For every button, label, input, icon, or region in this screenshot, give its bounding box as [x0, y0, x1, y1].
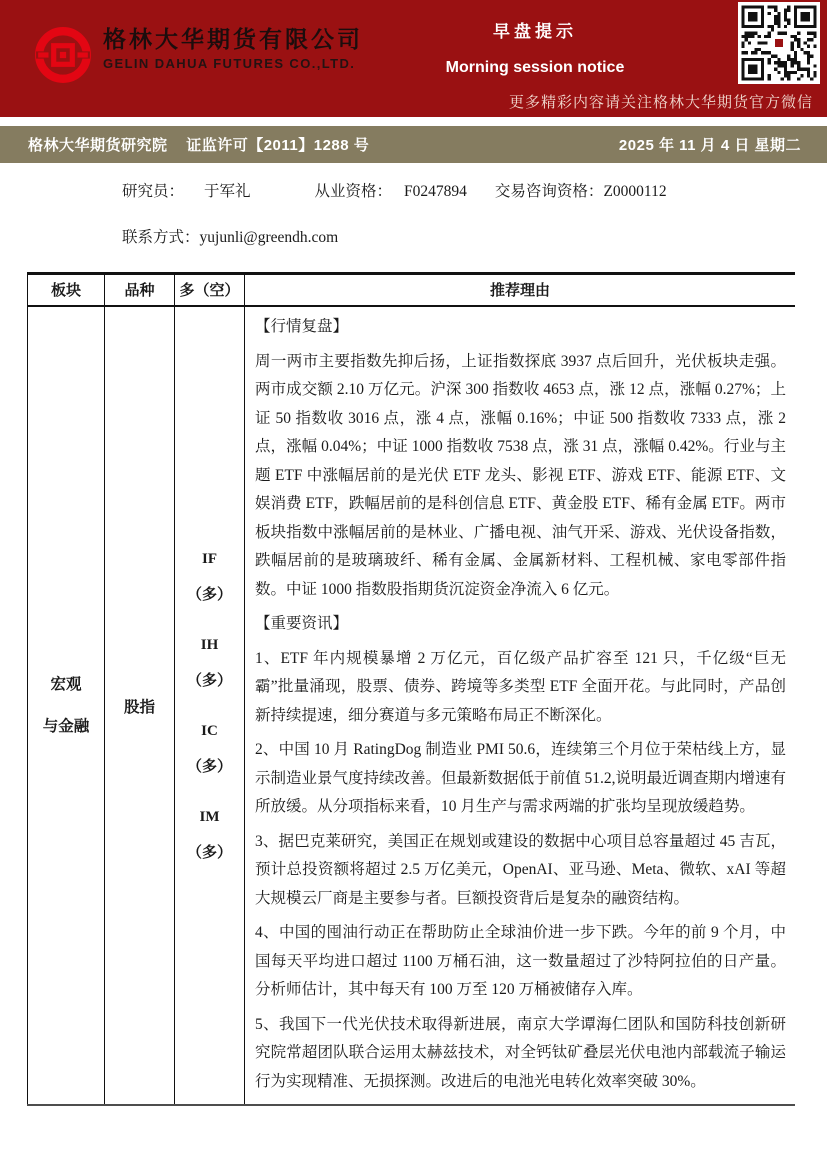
researcher-label: 研究员：	[122, 183, 184, 200]
table-row: 宏观 与金融 股指 IF （多） IH （多） IC （多）	[28, 306, 796, 1105]
report-title-cn: 早盘提示	[405, 20, 665, 44]
contact-label: 联系方式：	[122, 229, 200, 246]
recap-paragraph: 周一两市主要指数先抑后扬，上证指数探底 3937 点后回升，光伏板块走强。两市成…	[255, 348, 786, 605]
researcher-line-2: 联系方式：yujunli@greendh.com	[122, 228, 667, 248]
header-band: 格林大华期货有限公司 GELIN DAHUA FUTURES CO.,LTD. …	[0, 0, 827, 117]
advisory-number: Z0000112	[603, 183, 666, 200]
position-direction: （多）	[176, 749, 243, 785]
report-date: 2025 年 11 月 4 日 星期二	[619, 134, 801, 155]
position-direction: （多）	[176, 663, 243, 699]
col-header-variety: 品种	[105, 274, 175, 307]
sector-cell: 宏观 与金融	[28, 306, 105, 1105]
position-direction: （多）	[176, 835, 243, 871]
position-code: IF	[176, 541, 243, 577]
researcher-block: 研究员：于军礼从业资格：F0247894交易咨询资格：Z0000112 联系方式…	[122, 182, 667, 274]
company-name-cn: 格林大华期货有限公司	[103, 26, 363, 54]
reason-cell: 【行情复盘】 周一两市主要指数先抑后扬，上证指数探底 3937 点后回升，光伏板…	[245, 306, 796, 1105]
position-ih: IH （多）	[176, 627, 243, 699]
researcher-line-1: 研究员：于军礼从业资格：F0247894交易咨询资格：Z0000112	[122, 182, 667, 202]
col-header-sector: 板块	[28, 274, 105, 307]
info-bar: 格林大华期货研究院 证监许可【2011】1288 号 2025 年 11 月 4…	[0, 126, 827, 163]
sector-line-2: 与金融	[29, 706, 103, 748]
position-if: IF （多）	[176, 541, 243, 613]
cert-label: 从业资格：	[315, 183, 393, 200]
cert-number: F0247894	[404, 183, 467, 200]
col-header-reason: 推荐理由	[245, 274, 796, 307]
news-item-1: 1、ETF 年内规模暴增 2 万亿元，百亿级产品扩容至 121 只，千亿级“巨无…	[255, 645, 786, 731]
col-header-position: 多（空）	[175, 274, 245, 307]
table-header-row: 板块 品种 多（空） 推荐理由	[28, 274, 796, 307]
news-item-2: 2、中国 10 月 RatingDog 制造业 PMI 50.6，连续第三个月位…	[255, 736, 786, 822]
report-title-block: 早盘提示 Morning session notice	[405, 20, 665, 78]
position-code: IC	[176, 713, 243, 749]
researcher-name: 于军礼	[204, 183, 251, 200]
position-ic: IC （多）	[176, 713, 243, 785]
recommendation-table: 板块 品种 多（空） 推荐理由 宏观 与金融 股指 IF （多）	[27, 272, 795, 1106]
news-item-4: 4、中国的囤油行动正在帮助防止全球油价进一步下跌。今年的前 9 个月，中国每天平…	[255, 919, 786, 1005]
info-bar-left: 格林大华期货研究院 证监许可【2011】1288 号	[28, 134, 369, 155]
position-code: IH	[176, 627, 243, 663]
variety-cell: 股指	[105, 306, 175, 1105]
advisory-label: 交易咨询资格：	[495, 183, 604, 200]
wechat-qr-code	[738, 2, 820, 84]
company-name-block: 格林大华期货有限公司 GELIN DAHUA FUTURES CO.,LTD.	[103, 26, 363, 74]
wechat-note: 更多精彩内容请关注格林大华期货官方微信	[509, 91, 813, 112]
position-im: IM （多）	[176, 799, 243, 871]
position-cell: IF （多） IH （多） IC （多） IM （多）	[175, 306, 245, 1105]
news-item-3: 3、据巴克莱研究，美国正在规划或建设的数据中心项目总容量超过 45 吉瓦，预计总…	[255, 828, 786, 914]
news-section-title: 【重要资讯】	[255, 610, 786, 639]
contact-email: yujunli@greendh.com	[200, 229, 339, 246]
position-code: IM	[176, 799, 243, 835]
institute-name: 格林大华期货研究院	[28, 137, 168, 154]
company-logo-icon	[34, 26, 92, 84]
company-name-en: GELIN DAHUA FUTURES CO.,LTD.	[103, 54, 363, 74]
sector-line-1: 宏观	[29, 664, 103, 706]
report-title-en: Morning session notice	[405, 58, 665, 78]
page: 格林大华期货有限公司 GELIN DAHUA FUTURES CO.,LTD. …	[0, 0, 827, 1169]
recap-section-title: 【行情复盘】	[255, 313, 786, 342]
position-direction: （多）	[176, 577, 243, 613]
news-item-5: 5、我国下一代光伏技术取得新进展，南京大学谭海仁团队和国防科技创新研究院常超团队…	[255, 1011, 786, 1097]
license-number: 证监许可【2011】1288 号	[186, 137, 369, 154]
